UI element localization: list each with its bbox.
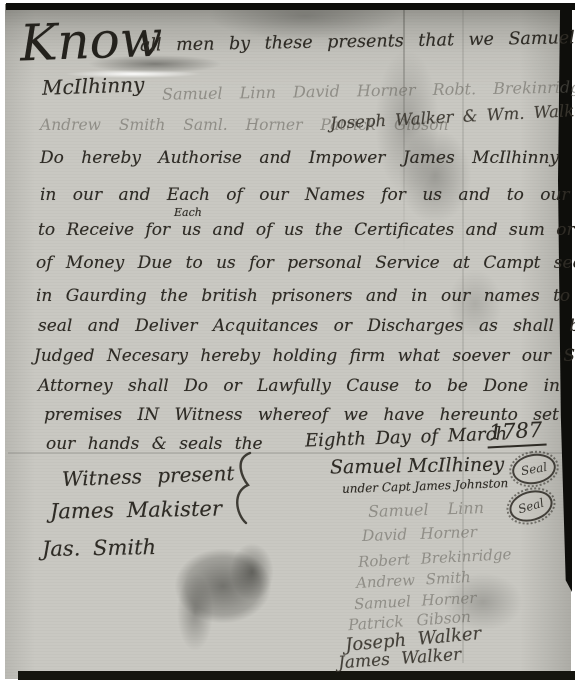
witness-signature: Jas. Smith [42, 537, 156, 560]
body-line: Do hereby Authorise and Impower James Mc… [40, 150, 559, 167]
inserted-word-each: Each [174, 207, 202, 218]
scanned-document-page: Know all men by these presents that we S… [0, 0, 575, 684]
seal-label: Seal [520, 460, 548, 478]
body-line: of Money Due to us for personal Service … [36, 255, 575, 272]
body-line: Attorney shall Do or Lawfully Cause to b… [38, 378, 575, 395]
scan-edge-top [6, 3, 575, 10]
scan-edge-bottom [18, 671, 575, 680]
body-line: premises IN Witness whereof we have here… [44, 407, 559, 424]
year-text: 1787 [486, 419, 547, 448]
witness-heading: Witness present [62, 463, 235, 489]
faint-signature: Samuel Linn [368, 500, 484, 520]
body-line: to Receive for us and of us the Certific… [38, 222, 575, 239]
body-line: in Gaurding the british prisoners and in… [36, 288, 575, 305]
seal-label: Seal [516, 496, 545, 517]
body-line: seal and Deliver Acquitances or Discharg… [38, 318, 575, 335]
body-line: Judged Necesary hereby holding firm what… [34, 348, 575, 365]
principal-signature: Samuel McIlhiney [330, 455, 504, 477]
witness-brace-flourish [224, 450, 258, 526]
faint-signature: David Horner [362, 525, 478, 545]
body-line: in our and Each of our Names for us and … [40, 187, 575, 204]
grantor-name-dark: McIlhinny [42, 74, 145, 98]
witness-signature: James Makister [50, 499, 222, 523]
